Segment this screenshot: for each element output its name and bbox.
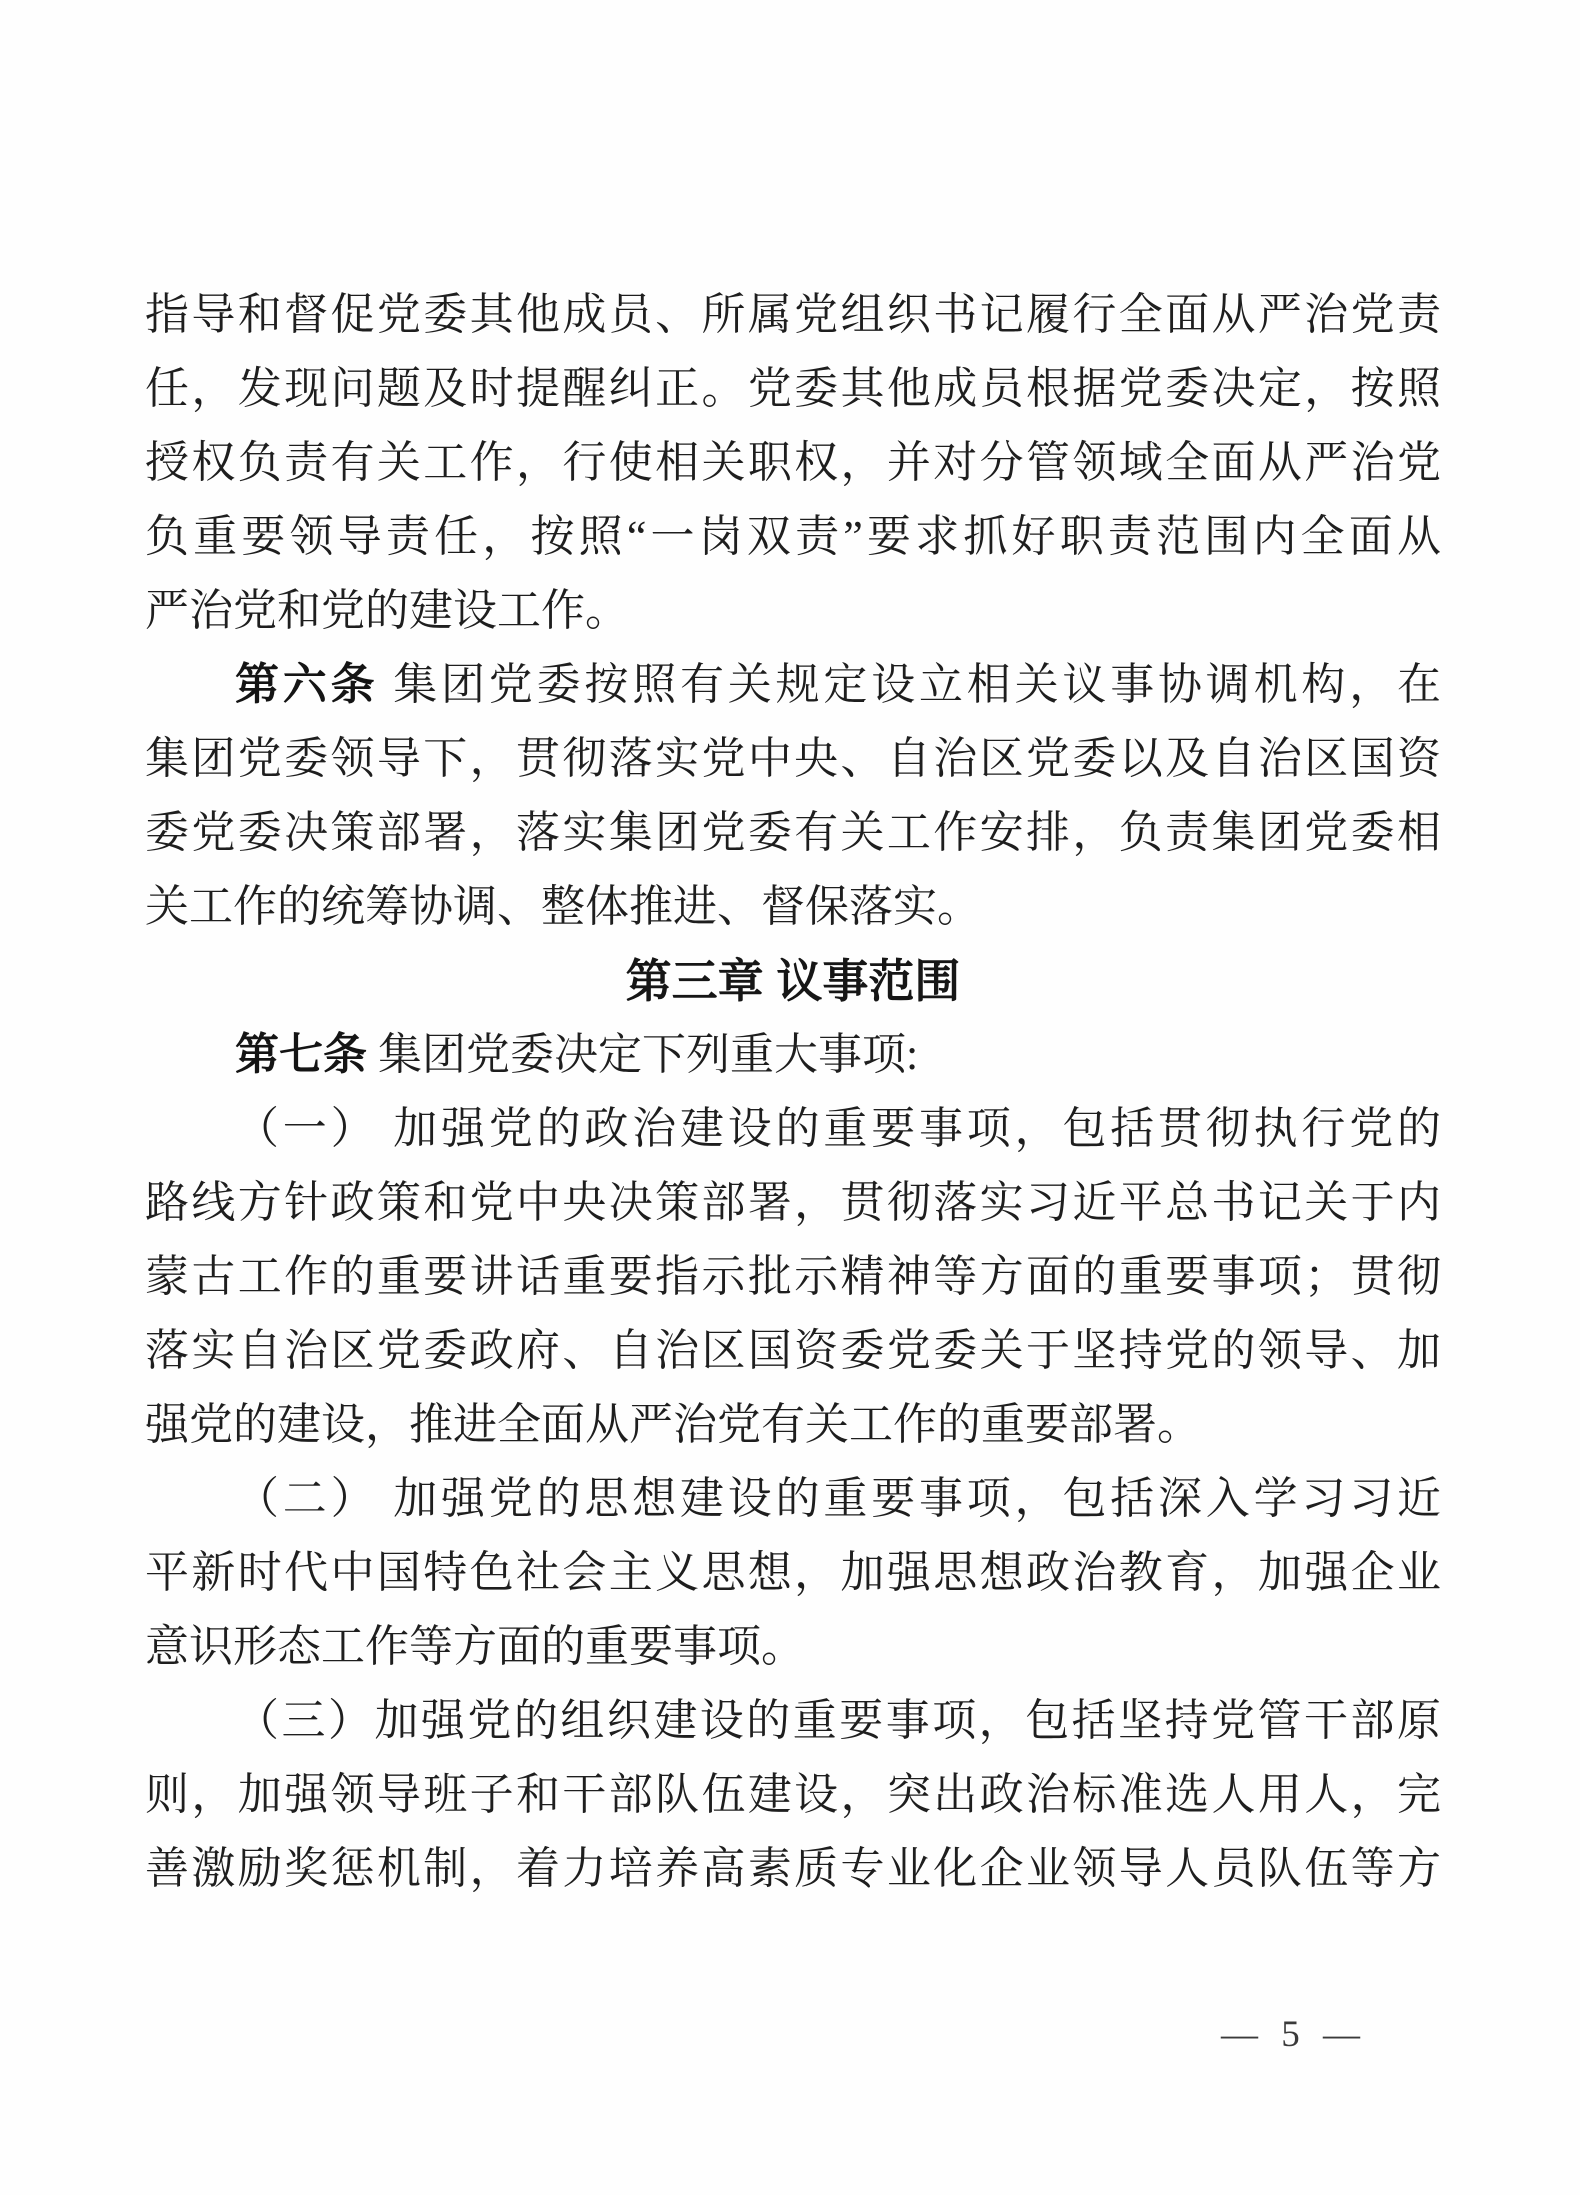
text-line: 平新时代中国特色社会主义思想，加强思想政治教育，加强企业 [145,1536,1441,1610]
text-line: 则，加强领导班子和干部队伍建设，突出政治标准选人用人，完 [145,1758,1441,1832]
text-line: 善激励奖惩机制，着力培养高素质专业化企业领导人员队伍等方 [145,1832,1441,1906]
chapter-heading: 第三章 议事范围 [145,944,1441,1018]
article-number: 第七条 [235,1030,367,1079]
document-page: 指导和督促党委其他成员、所属党组织书记履行全面从严治党责任，发现问题及时提醒纠正… [0,0,1580,2195]
text-line: 蒙古工作的重要讲话重要指示批示精神等方面的重要事项；贯彻 [145,1240,1441,1314]
text-line: 第六条 集团党委按照有关规定设立相关议事协调机构，在 [145,648,1441,722]
text-line: 授权负责有关工作，行使相关职权，并对分管领域全面从严治党 [145,426,1441,500]
text-line: （二） 加强党的思想建设的重要事项，包括深入学习习近 [145,1462,1441,1536]
text-line: 强党的建设，推进全面从严治党有关工作的重要部署。 [145,1388,1441,1462]
page-number: — 5 — [1221,2012,1362,2058]
text-line: 委党委决策部署，落实集团党委有关工作安排，负责集团党委相 [145,796,1441,870]
document-body: 指导和督促党委其他成员、所属党组织书记履行全面从严治党责任，发现问题及时提醒纠正… [145,278,1441,1906]
text-line: 关工作的统筹协调、整体推进、督保落实。 [145,870,1441,944]
text-line: 落实自治区党委政府、自治区国资委党委关于坚持党的领导、加 [145,1314,1441,1388]
text-line: 负重要领导责任，按照“一岗双责”要求抓好职责范围内全面从 [145,500,1441,574]
text-line: 任，发现问题及时提醒纠正。党委其他成员根据党委决定，按照 [145,352,1441,426]
article-number: 第六条 [235,660,378,709]
text-line: 严治党和党的建设工作。 [145,574,1441,648]
text-line: 指导和督促党委其他成员、所属党组织书记履行全面从严治党责 [145,278,1441,352]
text-line: （一） 加强党的政治建设的重要事项，包括贯彻执行党的 [145,1092,1441,1166]
text-line: 意识形态工作等方面的重要事项。 [145,1610,1441,1684]
text-line: （三）加强党的组织建设的重要事项，包括坚持党管干部原 [145,1684,1441,1758]
text-line: 第七条 集团党委决定下列重大事项: [145,1018,1441,1092]
text-line: 路线方针政策和党中央决策部署，贯彻落实习近平总书记关于内 [145,1166,1441,1240]
text-line: 集团党委领导下，贯彻落实党中央、自治区党委以及自治区国资 [145,722,1441,796]
